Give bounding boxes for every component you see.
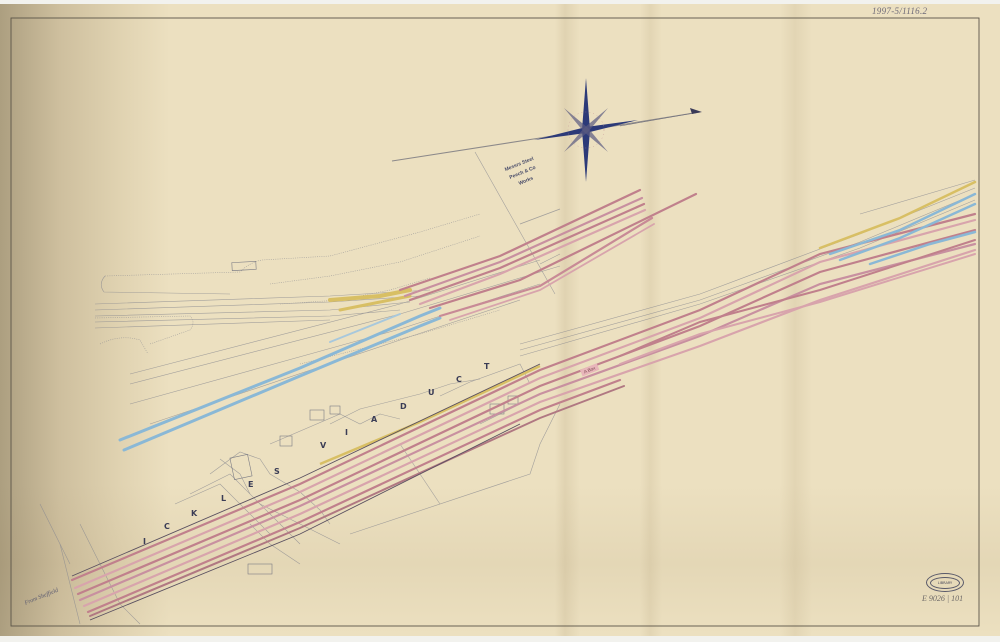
viaduct-letter: C bbox=[456, 375, 462, 384]
archive-reference: E 9026 | 101 bbox=[922, 594, 963, 603]
viaduct-letter: K bbox=[191, 509, 197, 518]
tracks-yellow bbox=[330, 290, 410, 310]
viaduct-letter: U bbox=[428, 388, 435, 397]
library-stamp: LIBRARY bbox=[926, 573, 964, 592]
tracks-blue bbox=[120, 308, 440, 450]
viaduct-letter: L bbox=[221, 494, 226, 503]
viaduct-letter: I bbox=[345, 428, 348, 437]
viaduct-letter: S bbox=[274, 467, 280, 476]
map-sheet: 1997-5/1116.2 Messrs Steel Peech & Co Wo… bbox=[0, 4, 1000, 636]
viaduct-letter: D bbox=[400, 402, 407, 411]
railway-plan-drawing bbox=[0, 4, 1000, 636]
viaduct-letter: V bbox=[320, 441, 326, 450]
map-border bbox=[11, 18, 979, 626]
viaduct-letter: I bbox=[143, 537, 146, 546]
stamp-inner: LIBRARY bbox=[930, 577, 960, 589]
track-yellow-viaduct bbox=[320, 366, 540, 464]
viaduct-letter: C bbox=[164, 522, 170, 531]
viaduct-letter: T bbox=[484, 362, 489, 371]
viaduct-letter: A bbox=[371, 415, 377, 424]
catalog-number: 1997-5/1116.2 bbox=[872, 6, 927, 16]
viaduct-letter: E bbox=[248, 480, 253, 489]
